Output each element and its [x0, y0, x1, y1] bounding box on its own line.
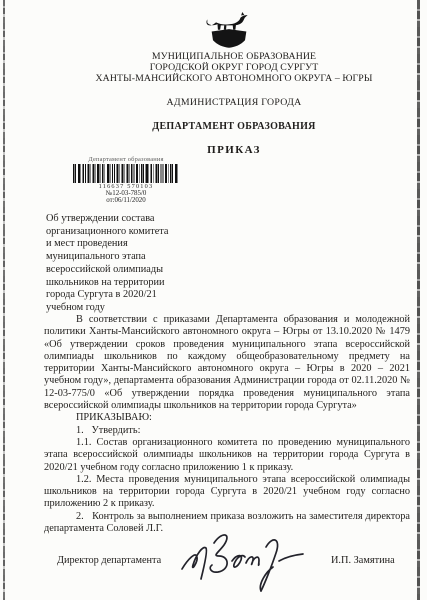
document-type-title: ПРИКАЗ: [44, 144, 424, 156]
subject-line: муниципального этапа: [46, 251, 256, 264]
subject-line: и мест проведения: [46, 238, 256, 251]
letterhead-organization: МУНИЦИПАЛЬНОЕ ОБРАЗОВАНИЕ ГОРОДСКОЙ ОКРУ…: [44, 51, 424, 85]
preamble-paragraph: В соответствии с приказами Департамента …: [44, 314, 410, 412]
barcode-digits: 116637 570103: [69, 183, 183, 190]
scan-artifact-right-edge: [417, 0, 420, 600]
scan-artifact-left-edge: [3, 0, 5, 600]
subject-line: Об утверждении состава: [46, 213, 256, 226]
subject-line: города Сургута в 2020/21: [46, 289, 256, 302]
subject-line: учебном году: [46, 302, 256, 315]
letterhead-line: ХАНТЫ-МАНСИЙСКОГО АВТОНОМНОГО ОКРУГА – Ю…: [44, 73, 424, 84]
order-item-1: 1. Утвердить:: [44, 425, 410, 437]
surgut-coat-of-arms-icon: [203, 7, 255, 49]
order-item-1-1: 1.1. Состав организационного комитета по…: [44, 437, 410, 474]
registration-stamp: Департамент образования 116637 570103 №1…: [69, 156, 183, 204]
subject-line: организационного комитета: [46, 226, 256, 239]
handwritten-signature: [176, 527, 314, 593]
document-date: от:06/11/2020: [69, 197, 183, 204]
order-item-1-2: 1.2. Места проведения муниципального эта…: [44, 474, 410, 511]
document-subject: Об утверждении состава организационного …: [46, 213, 256, 315]
signer-name: И.П. Замятина: [331, 555, 395, 566]
letterhead-line: МУНИЦИПАЛЬНОЕ ОБРАЗОВАНИЕ: [44, 51, 424, 62]
order-keyword: ПРИКАЗЫВАЮ:: [44, 412, 410, 424]
signer-position: Директор департамента: [57, 555, 161, 566]
subject-line: школьников на территории: [46, 277, 256, 290]
letterhead-line: ГОРОДСКОЙ ОКРУГ ГОРОД СУРГУТ: [44, 62, 424, 73]
document-number: №12-03-785/0: [69, 190, 183, 197]
subject-line: всероссийской олимпиады: [46, 264, 256, 277]
letterhead-administration: АДМИНИСТРАЦИЯ ГОРОДА: [44, 97, 424, 108]
stamp-department-label: Департамент образования: [69, 156, 183, 163]
letterhead-department: ДЕПАРТАМЕНТ ОБРАЗОВАНИЯ: [44, 121, 424, 132]
scanned-order-document: МУНИЦИПАЛЬНОЕ ОБРАЗОВАНИЕ ГОРОДСКОЙ ОКРУ…: [0, 0, 427, 600]
document-body: В соответствии с приказами Департамента …: [44, 314, 410, 535]
barcode: [73, 164, 179, 183]
